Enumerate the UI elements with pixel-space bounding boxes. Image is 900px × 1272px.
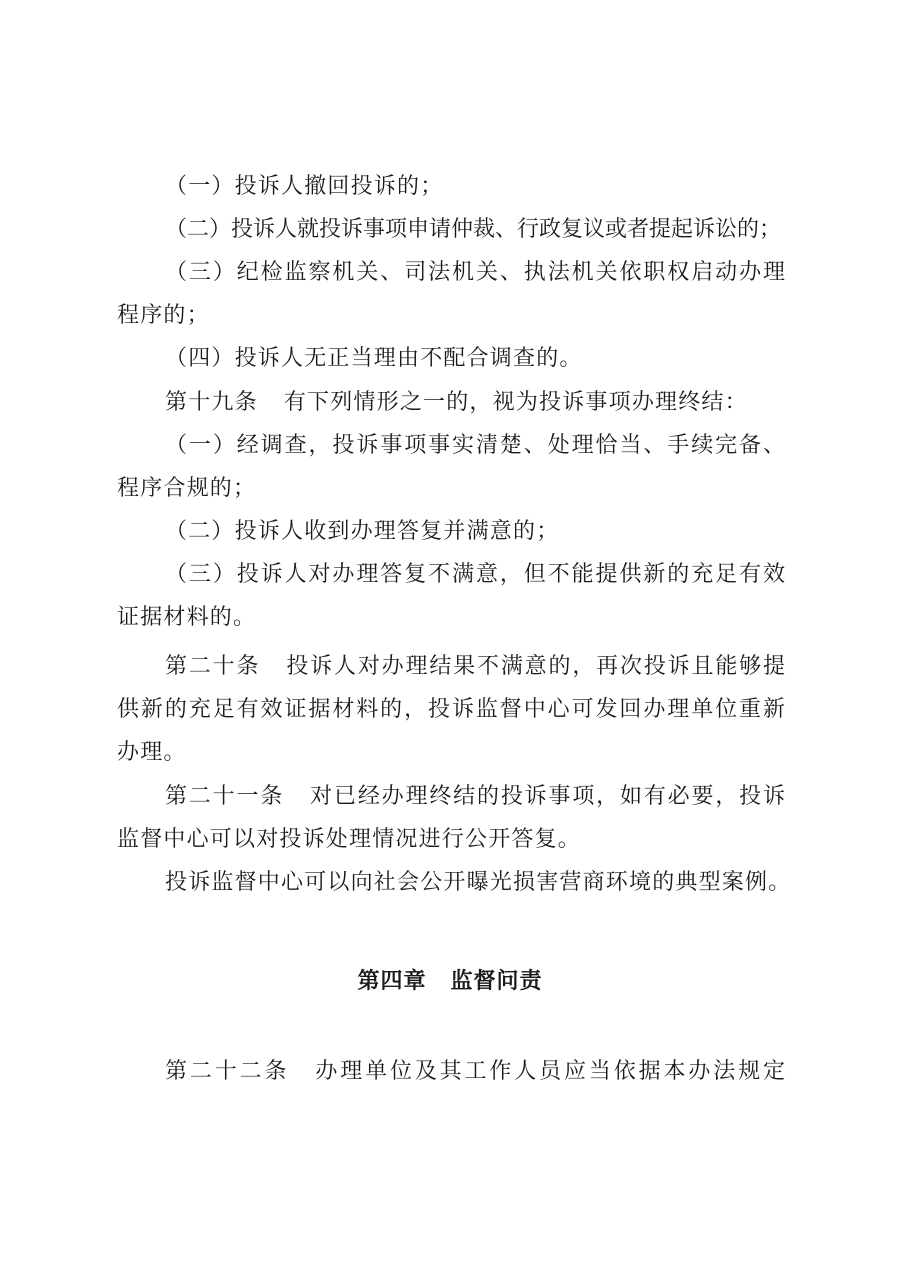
article-20-line: 第二十条投诉人对办理结果不满意的，再次投诉且能够提 bbox=[165, 652, 785, 682]
clause-line-continued: 程序合规的； bbox=[117, 474, 785, 504]
article-number: 第二十条 bbox=[165, 654, 260, 679]
article-19-heading: 第十九条有下列情形之一的，视为投诉事项办理终结： bbox=[165, 388, 785, 418]
article-text: 对已经办理终结的投诉事项，如有必要，投诉 bbox=[310, 784, 785, 809]
chapter-number: 第四章 bbox=[357, 969, 426, 994]
clause-line-continued: 证据材料的。 bbox=[117, 603, 785, 633]
article-number: 第二十一条 bbox=[165, 784, 284, 809]
article-20-line: 办理。 bbox=[117, 738, 785, 768]
article-22-line: 第二十二条办理单位及其工作人员应当依据本办法规定 bbox=[165, 1057, 785, 1087]
article-text: 办理单位及其工作人员应当依据本办法规定 bbox=[315, 1059, 785, 1084]
clause-line: （一）经调查，投诉事项事实清楚、处理恰当、手续完备、 bbox=[165, 431, 785, 461]
clause-line: （三）纪检监察机关、司法机关、执法机关依职权启动办理 bbox=[165, 258, 785, 288]
article-20-line: 供新的充足有效证据材料的，投诉监督中心可发回办理单位重新 bbox=[117, 695, 785, 725]
clause-line: （三）投诉人对办理答复不满意，但不能提供新的充足有效 bbox=[165, 560, 785, 590]
chapter-title: 监督问责 bbox=[451, 969, 543, 994]
clause-line-continued: 程序的； bbox=[117, 301, 785, 331]
clause-line: （一）投诉人撤回投诉的； bbox=[165, 172, 785, 202]
article-21-line: 第二十一条对已经办理终结的投诉事项，如有必要，投诉 bbox=[165, 782, 785, 812]
clause-line: （四）投诉人无正当理由不配合调查的。 bbox=[165, 344, 785, 374]
article-number: 第十九条 bbox=[165, 390, 258, 415]
article-text: 有下列情形之一的，视为投诉事项办理终结： bbox=[284, 390, 748, 415]
article-number: 第二十二条 bbox=[165, 1059, 289, 1084]
clause-line: （二）投诉人收到办理答复并满意的； bbox=[165, 517, 785, 547]
document-page: （一）投诉人撤回投诉的； （二）投诉人就投诉事项申请仲裁、行政复议或者提起诉讼的… bbox=[0, 0, 900, 1272]
article-21-line: 监督中心可以对投诉处理情况进行公开答复。 bbox=[117, 825, 785, 855]
chapter-heading: 第四章监督问责 bbox=[0, 967, 900, 997]
clause-line: （二）投诉人就投诉事项申请仲裁、行政复议或者提起诉讼的； bbox=[165, 215, 785, 245]
article-text: 投诉人对办理结果不满意的，再次投诉且能够提 bbox=[286, 654, 785, 679]
article-21-paragraph: 投诉监督中心可以向社会公开曝光损害营商环境的典型案例。 bbox=[165, 868, 785, 898]
